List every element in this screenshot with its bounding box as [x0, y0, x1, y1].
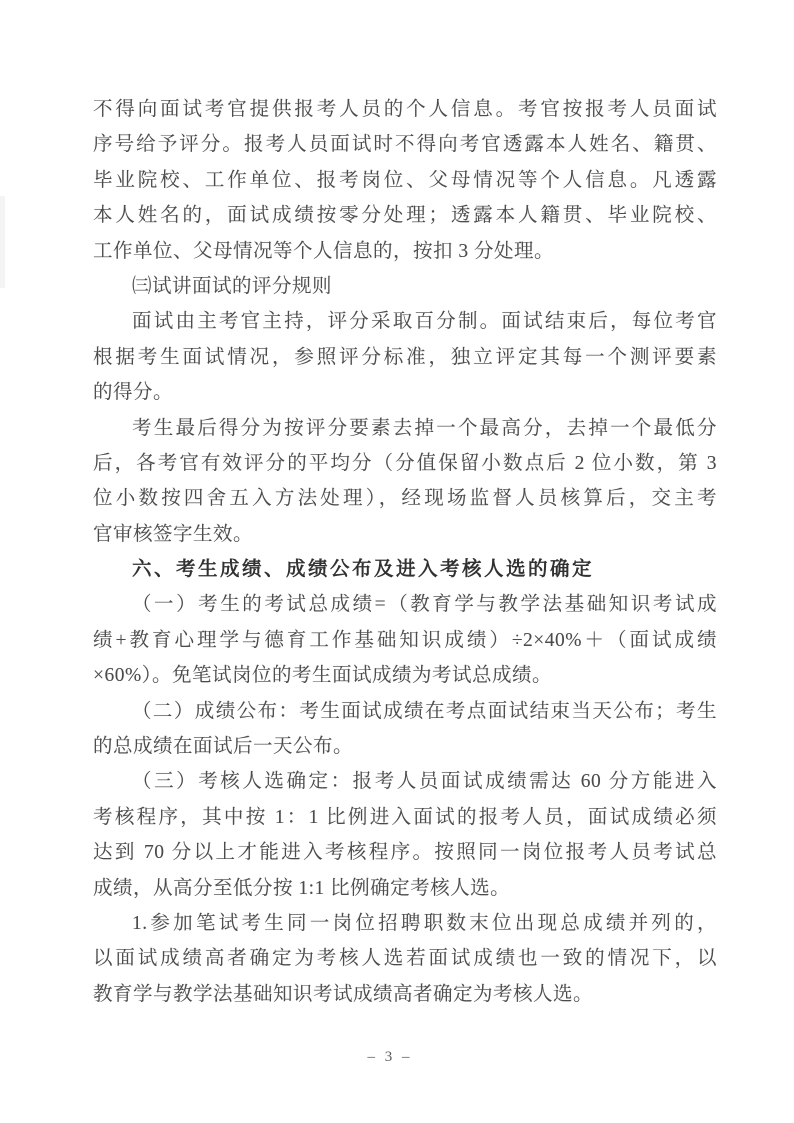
text-line: 的总成绩在面试后一天公布。 — [93, 729, 717, 764]
text-line: 序号给予评分。报考人员面试时不得向考官透露本人姓名、籍贯、 — [93, 127, 717, 162]
scan-artifact — [0, 196, 5, 288]
text-line: （二）成绩公布：考生面试成绩在考点面试结束当天公布；考生 — [93, 694, 717, 729]
text-line: 成绩，从高分至低分按 1:1 比例确定考核人选。 — [93, 871, 717, 906]
text-line: 本人姓名的，面试成绩按零分处理；透露本人籍贯、毕业院校、 — [93, 198, 717, 233]
text-line: 位小数按四舍五入方法处理），经现场监督人员核算后，交主考 — [93, 481, 717, 516]
text-line: 教育学与教学法基础知识考试成绩高者确定为考核人选。 — [93, 977, 717, 1012]
text-line: 以面试成绩高者确定为考核人选若面试成绩也一致的情况下，以 — [93, 941, 717, 976]
document-page: 不得向面试考官提供报考人员的个人信息。考官按报考人员面试序号给予评分。报考人员面… — [0, 0, 794, 1123]
text-line: 绩+教育心理学与德育工作基础知识成绩）÷2×40%＋（面试成绩 — [93, 623, 717, 658]
text-line: （三）考核人选确定：报考人员面试成绩需达 60 分方能进入 — [93, 764, 717, 799]
text-line: 毕业院校、工作单位、报考岗位、父母情况等个人信息。凡透露 — [93, 163, 717, 198]
text-line: 根据考生面试情况，参照评分标准，独立评定其每一个测评要素 — [93, 340, 717, 375]
text-block: 不得向面试考官提供报考人员的个人信息。考官按报考人员面试序号给予评分。报考人员面… — [93, 92, 717, 1012]
text-line: 的得分。 — [93, 375, 717, 410]
text-line: 考生最后得分为按评分要素去掉一个最高分，去掉一个最低分 — [93, 411, 717, 446]
text-line: ×60%）。免笔试岗位的考生面试成绩为考试总成绩。 — [93, 658, 717, 693]
text-line: （一）考生的考试总成绩=（教育学与教学法基础知识考试成 — [93, 587, 717, 622]
text-line: 官审核签字生效。 — [93, 517, 717, 552]
text-line: 考核程序，其中按 1：1 比例进入面试的报考人员，面试成绩必须 — [93, 800, 717, 835]
text-line: 不得向面试考官提供报考人员的个人信息。考官按报考人员面试 — [93, 92, 717, 127]
text-line: 后，各考官有效评分的平均分（分值保留小数点后 2 位小数，第 3 — [93, 446, 717, 481]
heading-line: 六、考生成绩、成绩公布及进入考核人选的确定 — [93, 552, 717, 587]
text-line: ㈢试讲面试的评分规则 — [93, 269, 717, 304]
text-line: 1.参加笔试考生同一岗位招聘职数末位出现总成绩并列的， — [93, 906, 717, 941]
text-line: 达到 70 分以上才能进入考核程序。按照同一岗位报考人员考试总 — [93, 835, 717, 870]
text-line: 工作单位、父母情况等个人信息的，按扣 3 分处理。 — [93, 234, 717, 269]
text-line: 面试由主考官主持，评分采取百分制。面试结束后，每位考官 — [93, 304, 717, 339]
page-number: – 3 – — [0, 1049, 780, 1066]
